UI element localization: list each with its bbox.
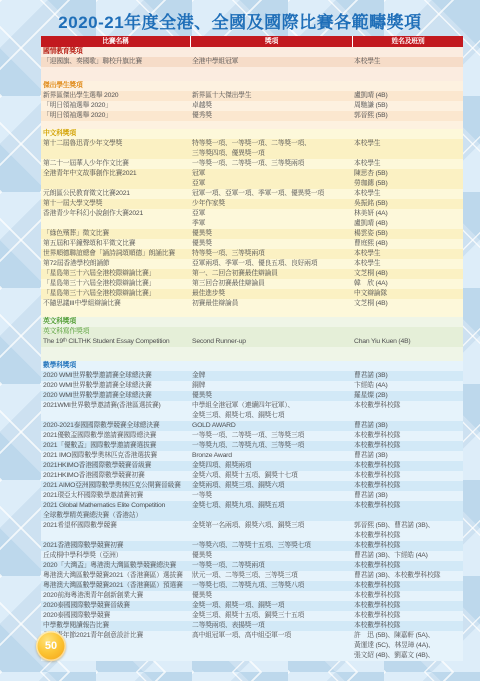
award-cell: 金獎七項、銀獎九項、銅獎五項: [190, 501, 352, 521]
competition-name-cell: 全港青年中文故事創作比賽2021: [41, 169, 190, 189]
award-cell: 優異獎: [190, 229, 352, 239]
table-row: 全港青年中文故事創作比賽2021冠軍 亞軍陳思杏 (5B) 勞珈鏸 (5B): [41, 169, 463, 189]
recipient-cell: 曹君諾 (3B): [352, 491, 463, 501]
award-cell: 全港中學組冠軍: [190, 57, 352, 67]
competition-name-cell: 2020泰國國際數學競賽晉級賽: [41, 601, 190, 611]
table-row: 「星島第三十六屆全港校際辯論比賽」第一、二回合初賽最佳辯論員文芝桐 (4B): [41, 269, 463, 279]
table-row: 2020-2021泰國國際數學競賽全球總決賽GOLD AWARD曹君諾 (3B): [41, 421, 463, 431]
competition-name-cell: 「明日領袖選舉 2020」: [41, 111, 190, 121]
competition-name-cell: 2021HKIMO香港國際數學競賽晉級賽: [41, 461, 190, 471]
table-row: The 19ᵗʰ CILTHK Student Essay Competitio…: [41, 337, 463, 347]
table-row: 2021「優數盃」國際數學邀請賽選拔賽一等獎九項、二等獎九項、三等獎一項本校數學…: [41, 441, 463, 451]
competition-name-cell: 世界順德聯誼總會「誦詩詞頌順德」朗誦比賽: [41, 249, 190, 259]
competition-name-cell: 「星島第三十六屆全港校際辯論比賽」: [41, 279, 190, 289]
competition-name-cell: 元朗區公民教育徵文比賽2021: [41, 189, 190, 199]
recipient-cell: 本校數學科校隊: [352, 431, 463, 441]
competition-name-cell: 2021「優數盃」國際數學邀請賽選拔賽: [41, 441, 190, 451]
table-row: 「明日領袖選舉 2020」卓越獎周馳謙 (5B): [41, 101, 463, 111]
recipient-cell: 本校數學科校隊: [352, 481, 463, 491]
table-row: 「迎國旗、奏國歌」聯校升旗比賽全港中學組冠軍本校學生: [41, 57, 463, 67]
award-cell: 一等獎一項、二等獎兩項: [190, 561, 352, 571]
column-header-competition: 比賽名稱: [41, 36, 190, 47]
competition-name-cell: 2020「大灣盃」粵港澳大灣區數學競賽總決賽: [41, 561, 190, 571]
table-row: 2021 Global Mathematics Elite Competitio…: [41, 501, 463, 521]
table-row: 「星島第三十六屆全港校際辯論比賽」最佳進步獎中文辯論隊: [41, 289, 463, 299]
recipient-cell: 楊雲姿 (5B): [352, 229, 463, 239]
table-row: 新界區傑出學生選舉 2020新界區十大傑出學生盧凱晴 (4B): [41, 91, 463, 101]
recipient-cell: 本校數學科校隊: [352, 581, 463, 591]
competition-name-cell: 2020前海粵港澳青年創新創業大賽: [41, 591, 190, 601]
table-row: 2021HKIMO香港國際數學競賽晉級賽金獎四項、銀獎兩項本校數學科校隊: [41, 461, 463, 471]
table-row: 2021環亞太杯國際數學邀請賽初賽一等獎曹君諾 (3B): [41, 491, 463, 501]
table-row: 丘成桐中學科學獎（亞洲）優異獎曹君諾 (3B)、卞經皓 (4A): [41, 551, 463, 561]
page-title: 2020-21年度全港、全國及國際比賽各範疇獎項: [0, 8, 480, 33]
award-cell: 亞軍 季軍: [190, 209, 352, 229]
award-cell: 金獎兩項、銀獎三項、銅獎六項: [190, 481, 352, 491]
recipient-cell: 曹君諾 (3B): [352, 371, 463, 381]
award-cell: 金獎第一名兩項、銀獎六項、銅獎三項: [190, 521, 352, 541]
section-title: 數學科獎項: [41, 361, 463, 371]
table-row: 粵港澳大灣區數學競賽2021（香港賽區）預選賽一等獎七項、二等獎九項、三等獎八項…: [41, 581, 463, 591]
award-cell: 特等獎一項、一等獎一項、二等獎一項、 三等獎四項、優異獎一項: [190, 139, 352, 159]
table-row: 「星島第三十六屆全港校際辯論比賽」第三回合初賽最佳辯論員韓 欣 (4A): [41, 279, 463, 289]
competition-name-cell: 2020 WMI世界數學邀請賽全球總決賽: [41, 391, 190, 401]
recipient-cell: 許 迅 (5B)、陳嘉軒 (5A)、 黃運達 (5C)、林昱璋 (4A)、 張文…: [352, 631, 463, 661]
table-row: 第十二屆魯迅青少年文學獎特等獎一項、一等獎一項、二等獎一項、 三等獎四項、優異獎…: [41, 139, 463, 159]
recipient-cell: 本校數學科校隊: [352, 601, 463, 611]
recipient-cell: 盧凱晴 (4B): [352, 91, 463, 101]
table-row: 2020前海粵港澳青年創新創業大賽優異獎本校數學科校隊: [41, 591, 463, 601]
section-chinese-awards: 中文科獎項第十二屆魯迅青少年文學獎特等獎一項、一等獎一項、二等獎一項、 三等獎四…: [41, 129, 463, 317]
competition-name-cell: 新界區傑出學生選舉 2020: [41, 91, 190, 101]
recipient-cell: 本校數學科校隊: [352, 441, 463, 451]
recipient-cell: 本校數學科校隊: [352, 541, 463, 551]
award-cell: 優異獎: [190, 591, 352, 601]
award-cell: 卓越獎: [190, 101, 352, 111]
award-cell: 金獎四項、銀獎兩項: [190, 461, 352, 471]
recipient-cell: 本校學生: [352, 249, 463, 259]
recipient-cell: 曹君諾 (3B)、本校數學科校隊: [352, 571, 463, 581]
award-cell: 第三回合初賽最佳辯論員: [190, 279, 352, 289]
competition-name-cell: 2020 WMI世界數學邀請賽全球總決賽: [41, 371, 190, 381]
award-cell: 優秀獎: [190, 111, 352, 121]
table-row: 2021WMI世界數學邀請賽(香港區選拔賽)中學組全港冠軍（連續四年冠軍）、 金…: [41, 401, 463, 421]
section-math-awards: 數學科獎項2020 WMI世界數學邀請賽全球總決賽金牌曹君諾 (3B)2020 …: [41, 361, 463, 661]
competition-name-cell: 「明日領袖選舉 2020」: [41, 101, 190, 111]
table-header-row: 比賽名稱 獎項 姓名及班別: [41, 36, 463, 47]
recipient-cell: 本校學生: [352, 159, 463, 169]
table-row: 2020 WMI世界數學邀請賽全球總決賽銅牌卞經皓 (4A): [41, 381, 463, 391]
competition-name-cell: 2021HKIMO香港國際數學競賽初賽: [41, 471, 190, 481]
section-english-awards: 英文科獎項英文科寫作獎項The 19ᵗʰ CILTHK Student Essa…: [41, 317, 463, 361]
competition-name-cell: 2020 WMI世界數學邀請賽全球總決賽: [41, 381, 190, 391]
competition-name-cell: 2021優數盃國際數學邀請賽國際總決賽: [41, 431, 190, 441]
award-cell: 新界區十大傑出學生: [190, 91, 352, 101]
award-cell: 金牌: [190, 371, 352, 381]
recipient-cell: 本校數學科校隊: [352, 401, 463, 421]
section-subtitle: 英文科寫作獎項: [41, 327, 463, 337]
award-cell: 優異獎: [190, 551, 352, 561]
table-row: 世界順德聯誼總會「誦詩詞頌順德」朗誦比賽特等獎一項、三等獎兩項本校學生: [41, 249, 463, 259]
competition-name-cell: 第72屆香港學校朗誦節: [41, 259, 190, 269]
competition-name-cell: 第十二屆魯迅青少年文學獎: [41, 139, 190, 159]
competition-name-cell: 2021環亞太杯國際數學邀請賽初賽: [41, 491, 190, 501]
competition-name-cell: 「星島第三十六屆全港校際辯論比賽」: [41, 269, 190, 279]
table-row: 2020 WMI世界數學邀請賽全球總決賽優異獎羅星燦 (2B): [41, 391, 463, 401]
recipient-cell: 本校學生: [352, 259, 463, 269]
competition-name-cell: 2020-2021泰國國際數學競賽全球總決賽: [41, 421, 190, 431]
table-row: 2021HKIMO香港國際數學競賽初賽金獎六項、銀獎十五項、銅獎十七項本校數學科…: [41, 471, 463, 481]
column-header-name-class: 姓名及班別: [352, 36, 463, 47]
recipient-cell: 曹庭熙 (4B): [352, 239, 463, 249]
award-cell: 亞軍兩項、季軍一項、優良五項、良好兩項: [190, 259, 352, 269]
recipient-cell: 本校數學科校隊: [352, 621, 463, 631]
section-national-education-awards: 國情教育獎項「迎國旗、奏國歌」聯校升旗比賽全港中學組冠軍本校學生: [41, 47, 463, 81]
competition-name-cell: 2021WMI世界數學邀請賽(香港區選拔賽): [41, 401, 190, 421]
table-row: 2020 WMI世界數學邀請賽全球總決賽金牌曹君諾 (3B): [41, 371, 463, 381]
award-cell: 少年作家獎: [190, 199, 352, 209]
recipient-cell: 韓 欣 (4A): [352, 279, 463, 289]
award-cell: 一等獎七項、二等獎九項、三等獎八項: [190, 581, 352, 591]
award-cell: 初賽最佳辯論員: [190, 299, 352, 309]
table-row: 第十一屆大學文學獎少年作家獎吳振銘 (5B): [41, 199, 463, 209]
table-row: 2021 AIMO亞洲國際數學奧林匹克公開賽晉級賽金獎兩項、銀獎三項、銅獎六項本…: [41, 481, 463, 491]
recipient-cell: 本校數學科校隊: [352, 501, 463, 521]
table-row: 2020泰國國際數學競賽晉級賽金獎一項、銀獎一項、銅獎一項本校數學科校隊: [41, 601, 463, 611]
recipient-cell: 郭晉熙 (5B)、曹君諾 (3B)、 本校數學科校隊: [352, 521, 463, 541]
awards-table: 比賽名稱 獎項 姓名及班別 國情教育獎項「迎國旗、奏國歌」聯校升旗比賽全港中學組…: [41, 36, 463, 661]
table-row: 2021香港國際數學競賽初賽一等獎六項、二等獎十五項、三等獎七項本校數學科校隊: [41, 541, 463, 551]
table-row: 2021希望杯國際數學競賽金獎第一名兩項、銀獎六項、銅獎三項郭晉熙 (5B)、曹…: [41, 521, 463, 541]
competition-name-cell: 2021 Global Mathematics Elite Competitio…: [41, 501, 190, 521]
section-title: 英文科獎項: [41, 317, 463, 327]
recipient-cell: 文芝桐 (4B): [352, 269, 463, 279]
table-row: 第72屆香港學校朗誦節亞軍兩項、季軍一項、優良五項、良好兩項本校學生: [41, 259, 463, 269]
competition-name-cell: 「迎國旗、奏國歌」聯校升旗比賽: [41, 57, 190, 67]
recipient-cell: 本校數學科校隊: [352, 561, 463, 571]
section-title: 中文科獎項: [41, 129, 463, 139]
table-row: 元朗區公民教育徵文比賽2021冠軍一項、亞軍一項、季軍一項、優異獎一項本校學生: [41, 189, 463, 199]
recipient-cell: 本校學生: [352, 57, 463, 67]
recipient-cell: 本校學生: [352, 139, 463, 159]
table-row: 不隨思議III中學組辯論比賽初賽最佳辯論員文芝桐 (4B): [41, 299, 463, 309]
table-row: 中學數學閱讀報告比賽二等獎兩項、表揚獎一項本校數學科校隊: [41, 621, 463, 631]
competition-name-cell: 「綠色殯葬」徵文比賽: [41, 229, 190, 239]
page: { "title": "2020-21年度全港、全國及國際比賽各範疇獎項", "…: [0, 0, 480, 681]
recipient-cell: 卞經皓 (4A): [352, 381, 463, 391]
section-outstanding-student-awards: 傑出學生獎項新界區傑出學生選舉 2020新界區十大傑出學生盧凱晴 (4B)「明日…: [41, 81, 463, 129]
award-cell: 冠軍 亞軍: [190, 169, 352, 189]
award-cell: 一等獎一項、二等獎一項、三等獎三項: [190, 431, 352, 441]
competition-name-cell: 2021希望杯國際數學競賽: [41, 521, 190, 541]
table-row: 第五屆和平鐘聲頌和平徵文比賽優異獎曹庭熙 (4B): [41, 239, 463, 249]
award-cell: 銅牌: [190, 381, 352, 391]
recipient-cell: 中文辯論隊: [352, 289, 463, 299]
award-cell: 優異獎: [190, 391, 352, 401]
recipient-cell: 本校數學科校隊: [352, 591, 463, 601]
award-cell: GOLD AWARD: [190, 421, 352, 431]
award-cell: 中學組全港冠軍（連續四年冠軍）、 金獎三項、銀獎七項、銅獎七項: [190, 401, 352, 421]
page-number-badge: 50: [36, 631, 66, 661]
recipient-cell: 羅星燦 (2B): [352, 391, 463, 401]
section-title: 國情教育獎項: [41, 47, 463, 57]
competition-name-cell: 粵港澳大灣區數學競賽2021（香港賽區）預選賽: [41, 581, 190, 591]
table-row: 2021優數盃國際數學邀請賽國際總決賽一等獎一項、二等獎一項、三等獎三項本校數學…: [41, 431, 463, 441]
competition-name-cell: 粵港澳大灣區數學競賽2021（香港賽區）選拔賽: [41, 571, 190, 581]
competition-name-cell: 2021 IMO國際數學奧林匹克香港選拔賽: [41, 451, 190, 461]
award-cell: 第一、二回合初賽最佳辯論員: [190, 269, 352, 279]
recipient-cell: Chan Yiu Kuen (4B): [352, 337, 463, 347]
award-cell: 一等獎一項、二等獎一項、三等獎兩項: [190, 159, 352, 169]
competition-name-cell: 香港青少年科幻小說創作大賽2021: [41, 209, 190, 229]
award-cell: 最佳進步獎: [190, 289, 352, 299]
table-row: 元朗青年節2021青年創意設計比賽高中組冠軍一項、高中組亞軍一項許 迅 (5B)…: [41, 631, 463, 661]
competition-name-cell: 2021 AIMO亞洲國際數學奧林匹克公開賽晉級賽: [41, 481, 190, 491]
table-row: 2020泰國國際數學競賽金獎三項、銀獎十五項、銅獎三十五項本校數學科校隊: [41, 611, 463, 621]
award-cell: 二等獎兩項、表揚獎一項: [190, 621, 352, 631]
competition-name-cell: 不隨思議III中學組辯論比賽: [41, 299, 190, 309]
award-cell: 一等獎九項、二等獎九項、三等獎一項: [190, 441, 352, 451]
competition-name-cell: 第十一屆大學文學獎: [41, 199, 190, 209]
competition-name-cell: 中學數學閱讀報告比賽: [41, 621, 190, 631]
recipient-cell: 本校數學科校隊: [352, 461, 463, 471]
table-row: 2020「大灣盃」粵港澳大灣區數學競賽總決賽一等獎一項、二等獎兩項本校數學科校隊: [41, 561, 463, 571]
recipient-cell: 曹君諾 (3B): [352, 421, 463, 431]
recipient-cell: 吳振銘 (5B): [352, 199, 463, 209]
table-row: 粵港澳大灣區數學競賽2021（香港賽區）選拔賽狀元一項、二等獎三項、三等獎三項曹…: [41, 571, 463, 581]
award-cell: 狀元一項、二等獎三項、三等獎三項: [190, 571, 352, 581]
recipient-cell: 陳思杏 (5B) 勞珈鏸 (5B): [352, 169, 463, 189]
recipient-cell: 本校學生: [352, 189, 463, 199]
competition-name-cell: 第五屆和平鐘聲頌和平徵文比賽: [41, 239, 190, 249]
award-cell: 特等獎一項、三等獎兩項: [190, 249, 352, 259]
recipient-cell: 本校數學科校隊: [352, 471, 463, 481]
award-cell: 金獎三項、銀獎十五項、銅獎三十五項: [190, 611, 352, 621]
recipient-cell: 周馳謙 (5B): [352, 101, 463, 111]
recipient-cell: 林美妍 (4A) 盧凱晴 (4B): [352, 209, 463, 229]
award-cell: 一等獎六項、二等獎十五項、三等獎七項: [190, 541, 352, 551]
competition-name-cell: 2020泰國國際數學競賽: [41, 611, 190, 621]
table-row: 「明日領袖選舉 2020」優秀獎郭晉熙 (5B): [41, 111, 463, 121]
column-header-award: 獎項: [190, 36, 352, 47]
table-row: 第二十一屆華人少年作文比賽一等獎一項、二等獎一項、三等獎兩項本校學生: [41, 159, 463, 169]
award-cell: 金獎六項、銀獎十五項、銅獎十七項: [190, 471, 352, 481]
recipient-cell: 曹君諾 (3B): [352, 451, 463, 461]
competition-name-cell: The 19ᵗʰ CILTHK Student Essay Competitio…: [41, 337, 190, 347]
competition-name-cell: 2021香港國際數學競賽初賽: [41, 541, 190, 551]
competition-name-cell: 第二十一屆華人少年作文比賽: [41, 159, 190, 169]
recipient-cell: 郭晉熙 (5B): [352, 111, 463, 121]
award-cell: 一等獎: [190, 491, 352, 501]
award-cell: Bronze Award: [190, 451, 352, 461]
award-cell: 高中組冠軍一項、高中組亞軍一項: [190, 631, 352, 661]
table-body: 國情教育獎項「迎國旗、奏國歌」聯校升旗比賽全港中學組冠軍本校學生傑出學生獎項新界…: [41, 47, 463, 661]
award-cell: 金獎一項、銀獎一項、銅獎一項: [190, 601, 352, 611]
section-title: 傑出學生獎項: [41, 81, 463, 91]
recipient-cell: 文芝桐 (4B): [352, 299, 463, 309]
recipient-cell: 本校數學科校隊: [352, 611, 463, 621]
table-row: 香港青少年科幻小說創作大賽2021亞軍 季軍林美妍 (4A) 盧凱晴 (4B): [41, 209, 463, 229]
award-cell: Second Runner-up: [190, 337, 352, 347]
competition-name-cell: 「星島第三十六屆全港校際辯論比賽」: [41, 289, 190, 299]
table-row: 2021 IMO國際數學奧林匹克香港選拔賽Bronze Award曹君諾 (3B…: [41, 451, 463, 461]
award-cell: 優異獎: [190, 239, 352, 249]
recipient-cell: 曹君諾 (3B)、卞經皓 (4A): [352, 551, 463, 561]
table-row: 「綠色殯葬」徵文比賽優異獎楊雲姿 (5B): [41, 229, 463, 239]
award-cell: 冠軍一項、亞軍一項、季軍一項、優異獎一項: [190, 189, 352, 199]
competition-name-cell: 丘成桐中學科學獎（亞洲）: [41, 551, 190, 561]
